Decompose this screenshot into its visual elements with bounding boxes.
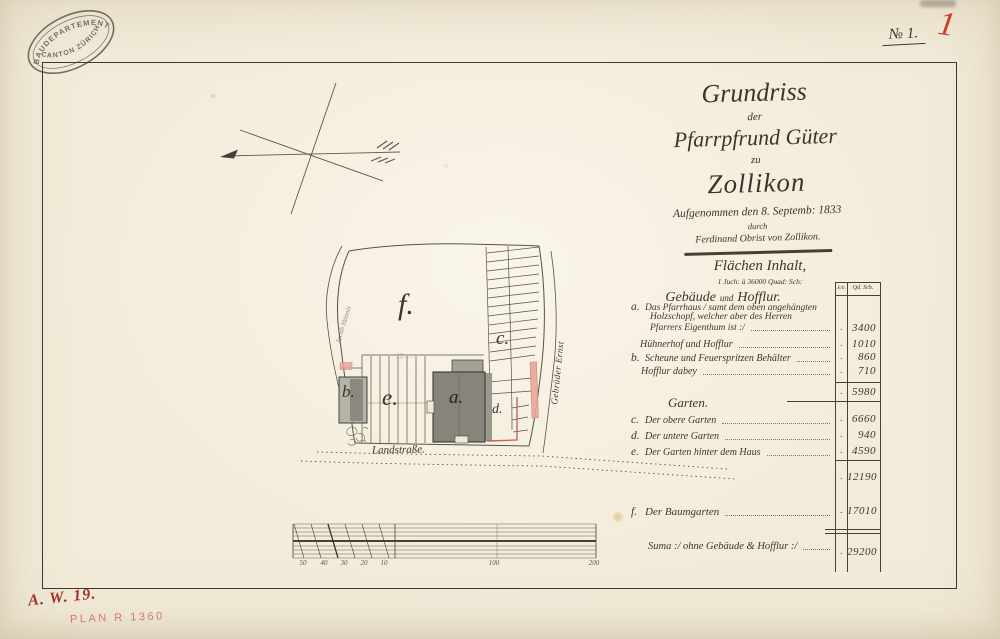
row-text: Hofflur dabey [641, 366, 697, 377]
table-row: b. Scheune und Feuerspritzen Behälter [631, 352, 833, 364]
row-text: Pfarrers Eigenthum ist :/ [650, 323, 745, 333]
area-value: 17010 [847, 505, 880, 517]
table-heading: Flächen Inhalt, [660, 258, 860, 275]
column-header-quadratschuh: Qd. Sch. [847, 285, 879, 291]
title-zollikon: Zollikon [630, 165, 883, 203]
value-row: . 940 [836, 429, 879, 441]
row-text: Der untere Garten [645, 431, 719, 442]
table-unit-note: 1 Juch: à 36000 Quad: Sch: [660, 277, 860, 286]
subtotal-rule [835, 460, 880, 461]
area-subtotal: 12190 [847, 471, 880, 483]
scale-tick-label: 10 [376, 559, 392, 567]
area-value: 1010 [847, 338, 879, 350]
scale-tick-label: 100 [484, 559, 504, 567]
gardens-section-rule [787, 401, 880, 402]
row-letter: e. [631, 446, 645, 458]
sum-row: . 29200 [836, 546, 879, 558]
row-text: Suma :/ ohne Gebäude & Hofflur :/ [648, 541, 797, 552]
area-value: 710 [847, 365, 879, 377]
area-value: 4590 [847, 445, 879, 457]
table-row: Holzschopf, welcher aber des Herren [650, 312, 833, 322]
dotted-leader [725, 515, 830, 516]
table-row: d. Der untere Garten [631, 430, 833, 442]
row-letter: c. [631, 414, 645, 426]
plan-label-c: c. [496, 328, 509, 350]
title-pfarrpfrund: Pfarrpfrund Güter [629, 122, 882, 155]
value-row: . 6660 [836, 413, 879, 425]
area-value: 3400 [847, 322, 879, 334]
dotted-leader [725, 439, 830, 440]
sheet-number-ink: № 1. [882, 25, 926, 46]
scanned-plan-sheet: BAUDEPARTEMENT CANTON ZÜRICH № 1. 1 Grun… [0, 0, 1000, 639]
value-row: . 4590 [836, 445, 879, 457]
title-block: Grundriss der Pfarrpfrund Güter zu Zolli… [628, 75, 885, 258]
area-sum: 29200 [847, 546, 880, 558]
dotted-leader [739, 347, 830, 348]
row-letter: a. [631, 301, 645, 313]
dotted-leader [751, 330, 830, 331]
row-text: Hühnerhof und Hofflur [640, 339, 733, 350]
row-text: Der Baumgarten [645, 506, 719, 518]
street-label: Landstraße. [372, 444, 425, 457]
column-header-row: Jch. Qd. Sch. [836, 285, 879, 291]
section-gardens-heading: Garten. [668, 395, 708, 411]
row-text: Der obere Garten [645, 415, 716, 426]
area-value: 860 [847, 351, 879, 363]
row-letter: b. [631, 352, 645, 364]
dotted-leader [803, 549, 830, 550]
double-rule [825, 533, 880, 534]
subtotal-rule [835, 382, 880, 383]
plan-label-e: e. [382, 385, 398, 411]
table-row: Suma :/ ohne Gebäude & Hofflur :/ [648, 541, 833, 552]
row-text: Holzschopf, welcher aber des Herren [650, 312, 792, 322]
column-line [835, 282, 836, 572]
column-line [880, 282, 881, 572]
row-letter: f. [631, 506, 645, 518]
double-rule [825, 529, 880, 530]
table-row: e. Der Garten hinter dem Haus [631, 446, 833, 458]
value-row: . 1010 [836, 338, 879, 350]
subtotal-row: . 12190 [836, 471, 879, 483]
scale-tick-label: 50 [295, 559, 311, 567]
column-rule [835, 295, 880, 296]
table-row: Pfarrers Eigenthum ist :/ [650, 323, 833, 333]
plan-label-b: b. [342, 382, 355, 402]
dotted-leader [767, 455, 830, 456]
table-row: Hühnerhof und Hofflur [631, 339, 833, 350]
area-subtotal: 5980 [847, 386, 879, 398]
area-value: 940 [847, 429, 879, 441]
column-line [847, 282, 848, 572]
plan-label-f: f. [398, 288, 414, 322]
dotted-leader [703, 374, 830, 375]
column-header-jucharten: Jch. [836, 285, 847, 291]
table-row: c. Der obere Garten [631, 414, 833, 426]
area-value: 6660 [847, 413, 879, 425]
scale-tick-label: 200 [584, 559, 604, 567]
row-text: Der Garten hinter dem Haus [645, 447, 761, 458]
scale-tick-label: 40 [316, 559, 332, 567]
row-letter: d. [631, 430, 645, 442]
dotted-leader [722, 423, 830, 424]
value-row: . 710 [836, 365, 879, 377]
value-row: . 17010 [836, 505, 879, 517]
table-row: Hofflur dabey [641, 366, 833, 377]
column-rule [835, 282, 880, 283]
row-text: Scheune und Feuerspritzen Behälter [645, 353, 791, 364]
value-row: . 3400 [836, 322, 879, 334]
dotted-leader [797, 361, 830, 362]
title-grundriss: Grundriss [628, 75, 881, 112]
subtotal-row: . 5980 [836, 386, 879, 398]
plan-label-d: d. [492, 402, 503, 418]
value-row: . 860 [836, 351, 879, 363]
scale-tick-label: 30 [336, 559, 352, 567]
plan-label-a: a. [449, 387, 463, 409]
table-row: f. Der Baumgarten [631, 506, 833, 518]
pencil-note: 22. … [396, 350, 415, 360]
scale-tick-label: 20 [356, 559, 372, 567]
